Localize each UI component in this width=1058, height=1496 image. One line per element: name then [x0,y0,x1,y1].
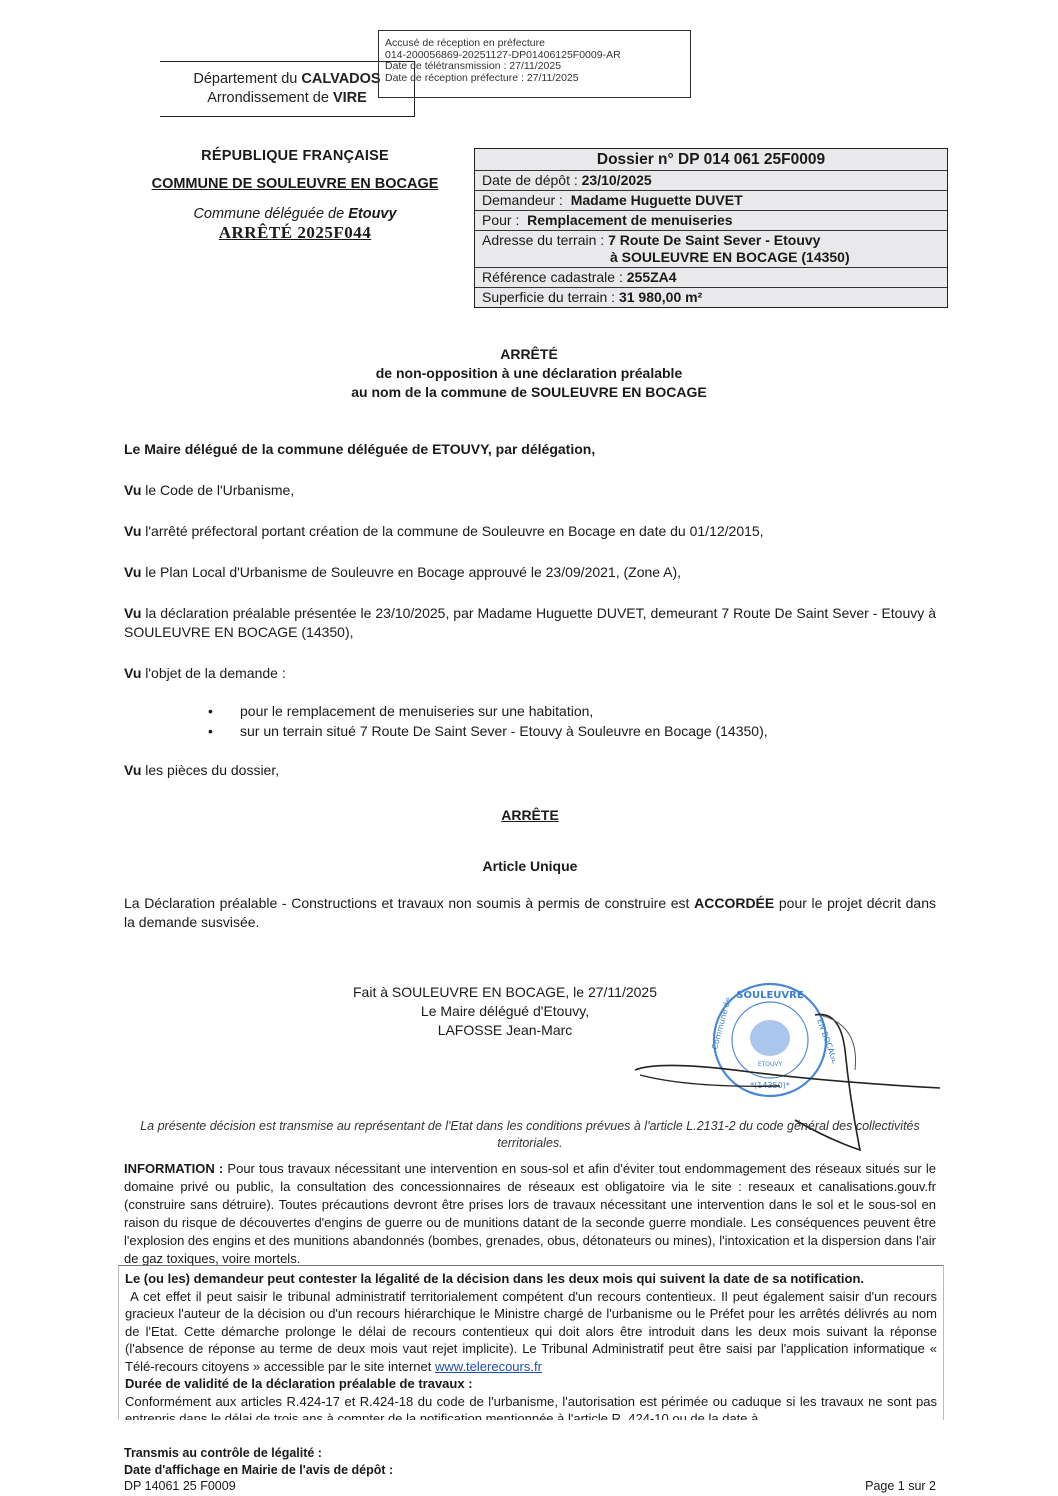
dossier-row-pour: Pour : Remplacement de menuiseries [475,210,947,230]
title-line-3: au nom de la commune de SOULEUVRE EN BOC… [0,383,1058,402]
commune-heading: COMMUNE DE SOULEUVRE EN BOCAGE [120,176,470,192]
article-heading: Article Unique [124,857,936,876]
arrondissement-prefix: Arrondissement de [207,90,329,106]
validity-text: Conformément aux articles R.424-17 et R.… [125,1393,937,1421]
ack-line-4: Date de réception préfecture : 27/11/202… [385,73,690,85]
considerant-text: l'arrêté préfectoral portant création de… [145,523,763,539]
row-value: 23/10/2025 [582,172,652,188]
row-value: 31 980,00 m² [619,289,702,305]
title-line-1: ARRÊTÉ [0,345,1058,364]
considerant-4: Vu la déclaration préalable présentée le… [124,604,936,642]
information-notice: INFORMATION : Pour tous travaux nécessit… [124,1160,936,1268]
dossier-row-demandeur: Demandeur : Madame Huguette DUVET [475,190,947,210]
considerant-1: Vu le Code de l'Urbanisme, [124,481,936,500]
decision-text: La Déclaration préalable - Constructions… [124,895,689,911]
ack-line-3: Date de télétransmission : 27/11/2025 [385,61,690,73]
republique-heading: RÉPUBLIQUE FRANÇAISE [120,148,470,164]
list-item: pour le remplacement de menuiseries sur … [124,701,936,721]
considerant-3: Vu le Plan Local d'Urbanisme de Souleuvr… [124,563,936,582]
validity-heading: Durée de validité de la déclaration préa… [125,1376,473,1391]
arrondissement-name: VIRE [333,90,367,106]
information-label: INFORMATION : [124,1161,223,1176]
vu-label: Vu [124,762,141,778]
telerecours-link[interactable]: www.telerecours.fr [435,1359,542,1374]
demande-object-list: pour le remplacement de menuiseries sur … [124,701,936,741]
decision-statement: La Déclaration préalable - Constructions… [124,894,936,932]
department-name: CALVADOS [301,71,380,87]
arrete-number: ARRÊTÉ 2025F044 [120,223,470,243]
transmission-note: La présente décision est transmise au re… [124,1118,936,1152]
decision-status: ACCORDÉE [694,895,774,911]
row-label: Référence cadastrale : [482,269,623,285]
row-value: 255ZA4 [627,269,677,285]
row-label: Pour : [482,212,519,228]
considerant-text: la déclaration préalable présentée le 23… [124,605,936,640]
considerant-2: Vu l'arrêté préfectoral portant création… [124,522,936,541]
considerant-text: le Plan Local d'Urbanisme de Souleuvre e… [145,564,681,580]
list-item: sur un terrain situé 7 Route De Saint Se… [124,721,936,741]
row-value-line-2: à SOULEUVRE EN BOCAGE (14350) [482,249,947,266]
page-number: Page 1 sur 2 [865,1478,936,1495]
deleguee-name: Etouvy [348,206,396,222]
page-footer: Transmis au contrôle de légalité : Date … [124,1445,936,1495]
dossier-summary-box: Dossier n° DP 014 061 25F0009 Date de dé… [474,148,948,308]
row-label: Superficie du terrain : [482,289,615,305]
considerant-text: l'objet de la demande : [145,665,285,681]
commune-deleguee: Commune déléguée de Etouvy [120,206,470,222]
footer-affichage: Date d'affichage en Mairie de l'avis de … [124,1463,393,1477]
issuer-header: RÉPUBLIQUE FRANÇAISE COMMUNE DE SOULEUVR… [120,148,470,243]
vu-label: Vu [124,482,141,498]
dossier-row-cadastre: Référence cadastrale : 255ZA4 [475,267,947,287]
dossier-row-superficie: Superficie du terrain : 31 980,00 m² [475,287,947,307]
prefecture-acknowledgement-box: Accusé de réception en préfecture 014-20… [378,30,691,98]
row-value: Madame Huguette DUVET [571,192,743,208]
considerant-5: Vu l'objet de la demande : [124,664,936,683]
legal-recourse-box: Le (ou les) demandeur peut contester la … [118,1265,944,1420]
dossier-number: Dossier n° DP 014 061 25F0009 [475,149,947,170]
decision-body: Le Maire délégué de la commune déléguée … [124,440,936,954]
title-line-2: de non-opposition à une déclaration préa… [0,364,1058,383]
arrete-heading: ARRÊTE [124,806,936,825]
vu-label: Vu [124,605,141,621]
row-label: Demandeur : [482,192,563,208]
deleguee-prefix: Commune déléguée de [193,206,344,222]
ack-line-1: Accusé de réception en préfecture [385,38,690,50]
considerant-text: le Code de l'Urbanisme, [145,482,294,498]
vu-label: Vu [124,665,141,681]
considerant-text: les pièces du dossier, [145,762,279,778]
department-prefix: Département du [193,71,297,87]
vu-label: Vu [124,523,141,539]
department-header: Département du CALVADOS Arrondissement d… [160,61,415,117]
decision-title: ARRÊTÉ de non-opposition à une déclarati… [0,345,1058,402]
footer-reference: DP 14061 25 F0009 [124,1478,936,1495]
legal-heading: Le (ou les) demandeur peut contester la … [125,1271,864,1286]
row-label: Date de dépôt : [482,172,578,188]
vu-label: Vu [124,564,141,580]
considerant-pieces: Vu les pièces du dossier, [124,761,936,780]
row-value: Remplacement de menuiseries [527,212,732,228]
dossier-row-date-depot: Date de dépôt : 23/10/2025 [475,170,947,190]
dossier-row-adresse: Adresse du terrain : 7 Route De Saint Se… [475,230,947,267]
maire-statement: Le Maire délégué de la commune déléguée … [124,440,936,459]
row-value: 7 Route De Saint Sever - Etouvy [608,232,820,248]
footer-transmis: Transmis au contrôle de légalité : [124,1446,322,1460]
row-label: Adresse du terrain : [482,232,604,248]
